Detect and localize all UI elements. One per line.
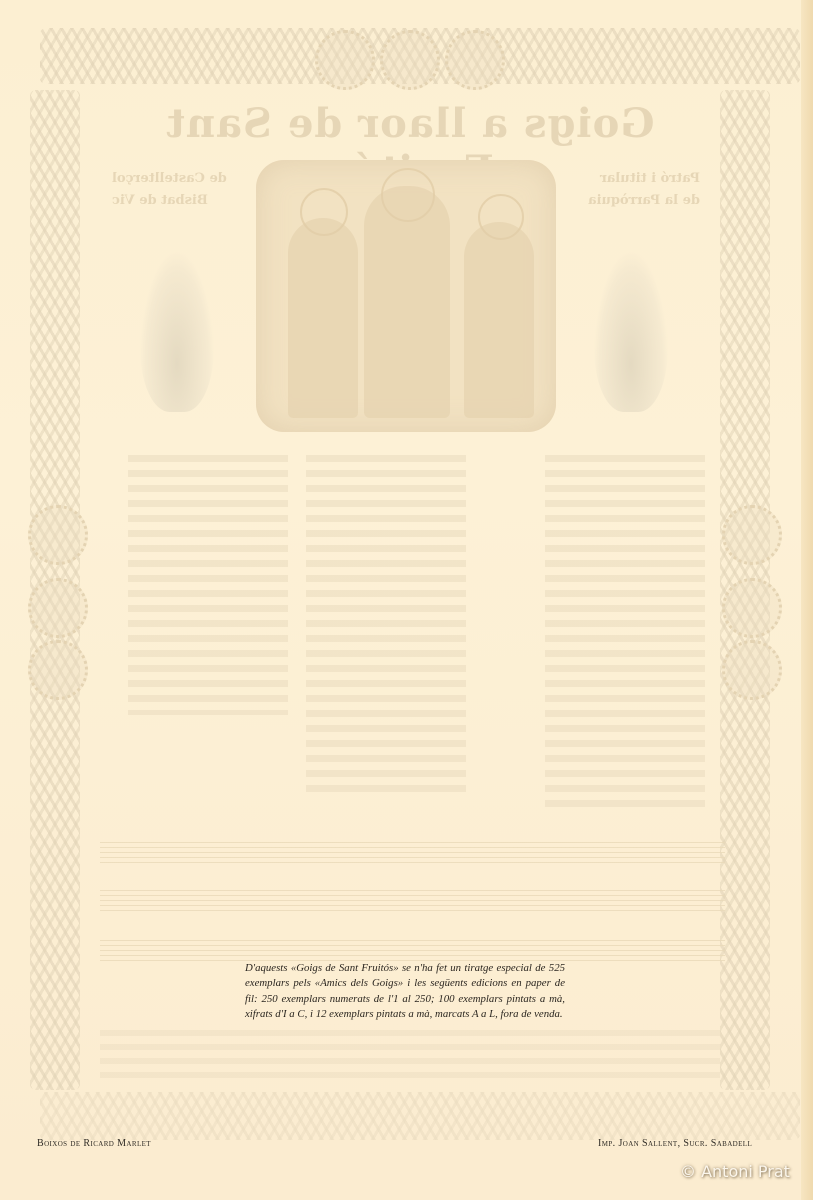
flame-ornament-icon xyxy=(140,252,214,412)
colophon-paragraph: D'aquests «Goigs de Sant Fruitós» se n'h… xyxy=(245,961,565,1023)
show-through-music-staff xyxy=(100,842,725,864)
floral-border-bottom xyxy=(40,1092,800,1140)
subtitle-line: de la Parròquia xyxy=(570,190,700,212)
sun-face-medallion-icon xyxy=(28,578,88,638)
sun-face-medallion-icon xyxy=(722,640,782,700)
document-page: Goigs a llaor de Sant Fruitós de Castell… xyxy=(0,0,813,1200)
show-through-verse-column xyxy=(545,455,705,815)
sun-face-medallion-icon xyxy=(28,640,88,700)
saint-figure-left xyxy=(288,218,358,418)
subtitle-line: Patró i titular xyxy=(570,168,700,190)
show-through-music-staff xyxy=(100,940,725,962)
show-through-subtitle-right: Patró i titular de la Parròquia xyxy=(570,168,700,212)
paper-edge xyxy=(801,0,813,1200)
bishop-figure-center xyxy=(364,186,450,418)
copyright-watermark: © Antoni Prat xyxy=(680,1162,790,1181)
sun-face-medallion-icon xyxy=(445,30,505,90)
sun-face-medallion-icon xyxy=(722,505,782,565)
woodcut-credit: Boixos de Ricard Marlet xyxy=(37,1138,151,1149)
sun-face-medallion-icon xyxy=(722,578,782,638)
saint-figure-right xyxy=(464,222,534,418)
show-through-music-staff xyxy=(100,890,725,912)
subtitle-line: de Castellterçol xyxy=(112,168,232,190)
sun-face-medallion-icon xyxy=(315,30,375,90)
show-through-verse-column xyxy=(306,455,466,795)
show-through-notes xyxy=(100,1030,720,1085)
show-through-subtitle-left: de Castellterçol Bisbat de Vic xyxy=(112,168,232,212)
subtitle-line: Bisbat de Vic xyxy=(112,190,232,212)
saints-woodcut-image xyxy=(256,160,556,432)
sun-face-medallion-icon xyxy=(28,505,88,565)
show-through-verse-column xyxy=(128,455,288,715)
sun-face-medallion-icon xyxy=(380,30,440,90)
flame-ornament-icon xyxy=(594,252,668,412)
printer-credit: Imp. Joan Sallent, Sucr. Sabadell xyxy=(598,1138,752,1149)
